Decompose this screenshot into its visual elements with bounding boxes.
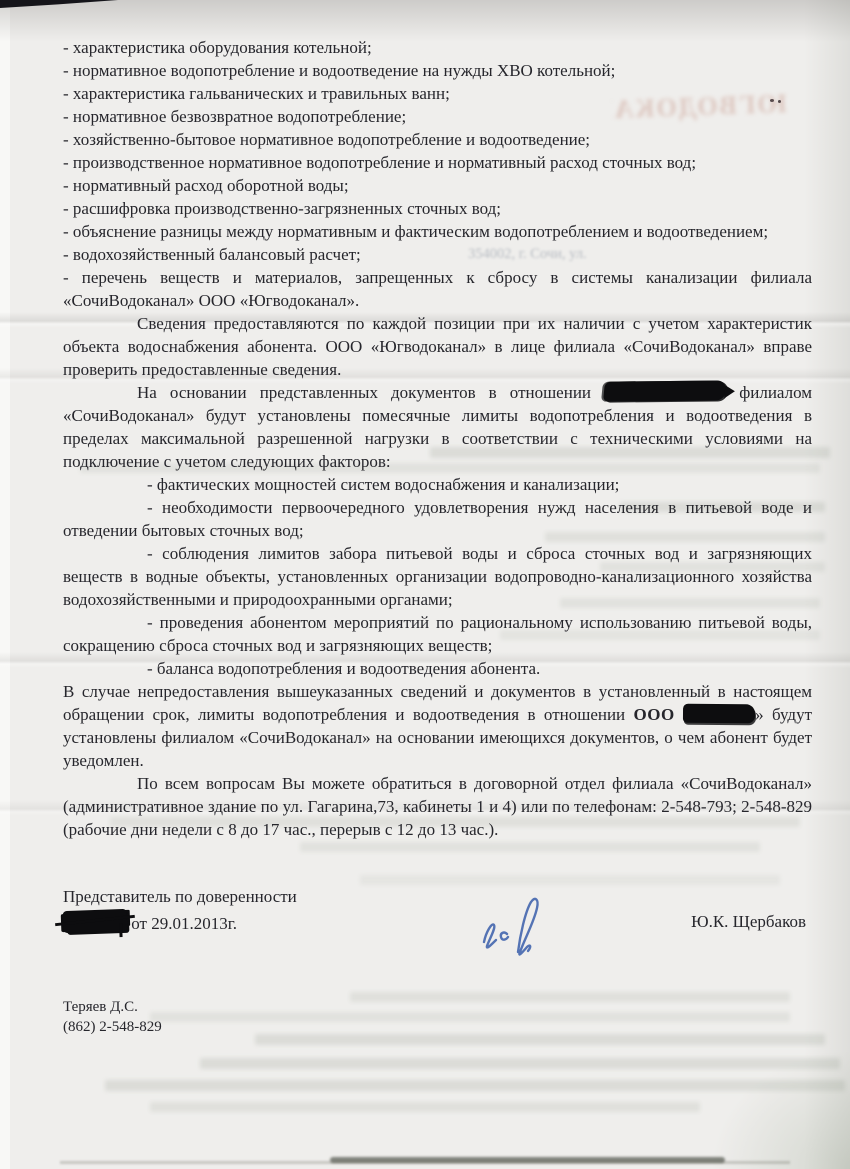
scan-bottom-smudge [330,1157,725,1163]
scan-top-edge-artifact [0,0,118,8]
list-item: - нормативное водопотребление и водоотве… [63,59,812,82]
paragraph-na-osnovanii: На основании представленных документов в… [63,381,812,473]
signature-block: Представитель по доверенности от 29.01.2… [63,885,812,935]
redaction-block [603,380,727,401]
list-item: - хозяйственно-бытовое нормативное водоп… [63,128,812,151]
paragraph-po-vsem: По всем вопросам Вы можете обратиться в … [63,772,812,841]
list-item: - нормативный расход оборотной воды; [63,174,812,197]
signature-date: от 29.01.2013г. [131,914,237,933]
redaction-block [683,704,755,724]
footer-contact: Теряев Д.С. (862) 2-548-829 [63,997,812,1037]
list-item: - объяснение разницы между нормативным и… [63,220,812,243]
list-item: - характеристика гальванических и травил… [63,82,812,105]
factor-item: - баланса водопотребления и водоотведени… [63,657,812,680]
list-item: - производственное нормативное водопотре… [63,151,812,174]
factor-item: - проведения абонентом мероприятий по ра… [63,611,812,657]
letter-body: - характеристика оборудования котельной;… [63,36,812,1037]
scan-left-edge [0,0,10,1169]
signature-title: Представитель по доверенности [63,885,812,908]
list-item: - нормативное безвозвратное водопотребле… [63,105,812,128]
contact-phone: (862) 2-548-829 [63,1017,812,1037]
factor-item: - соблюдения лимитов забора питьевой вод… [63,542,812,611]
paragraph-svedeniya: Сведения предоставляются по каждой позиц… [63,312,812,381]
ooo-bold-text: ООО [634,705,675,724]
list-item: - характеристика оборудования котельной; [63,36,812,59]
list-item: - водохозяйственный балансовый расчет; [63,243,812,266]
signature-row: от 29.01.2013г. Ю.К. Щербаков [63,910,812,935]
scan-corner-tint [710,1049,850,1169]
list-item: - перечень веществ и материалов, запреще… [63,266,812,312]
handwritten-signature [470,888,560,968]
paragraph-text: На основании представленных документов в… [137,383,591,402]
signatory-name: Ю.К. Щербаков [691,910,806,933]
list-item: - расшифровка производственно-загрязненн… [63,197,812,220]
contact-name: Теряев Д.С. [63,997,812,1017]
factor-item: - необходимости первоочередного удовлетв… [63,496,812,542]
factor-item: - фактических мощностей систем водоснабж… [63,473,812,496]
redaction-scribble [63,909,128,933]
bleedthrough-line [150,1102,700,1112]
scanned-letter-page: ЮГВОДОКАНА 354002, г. Сочи, ул. - характ… [0,0,850,1169]
bleedthrough-line [200,1058,840,1069]
scan-bottom-edge [60,1161,790,1164]
bleedthrough-line [105,1080,845,1091]
paragraph-v-sluchae: В случае непредоставления вышеуказанных … [63,680,812,772]
